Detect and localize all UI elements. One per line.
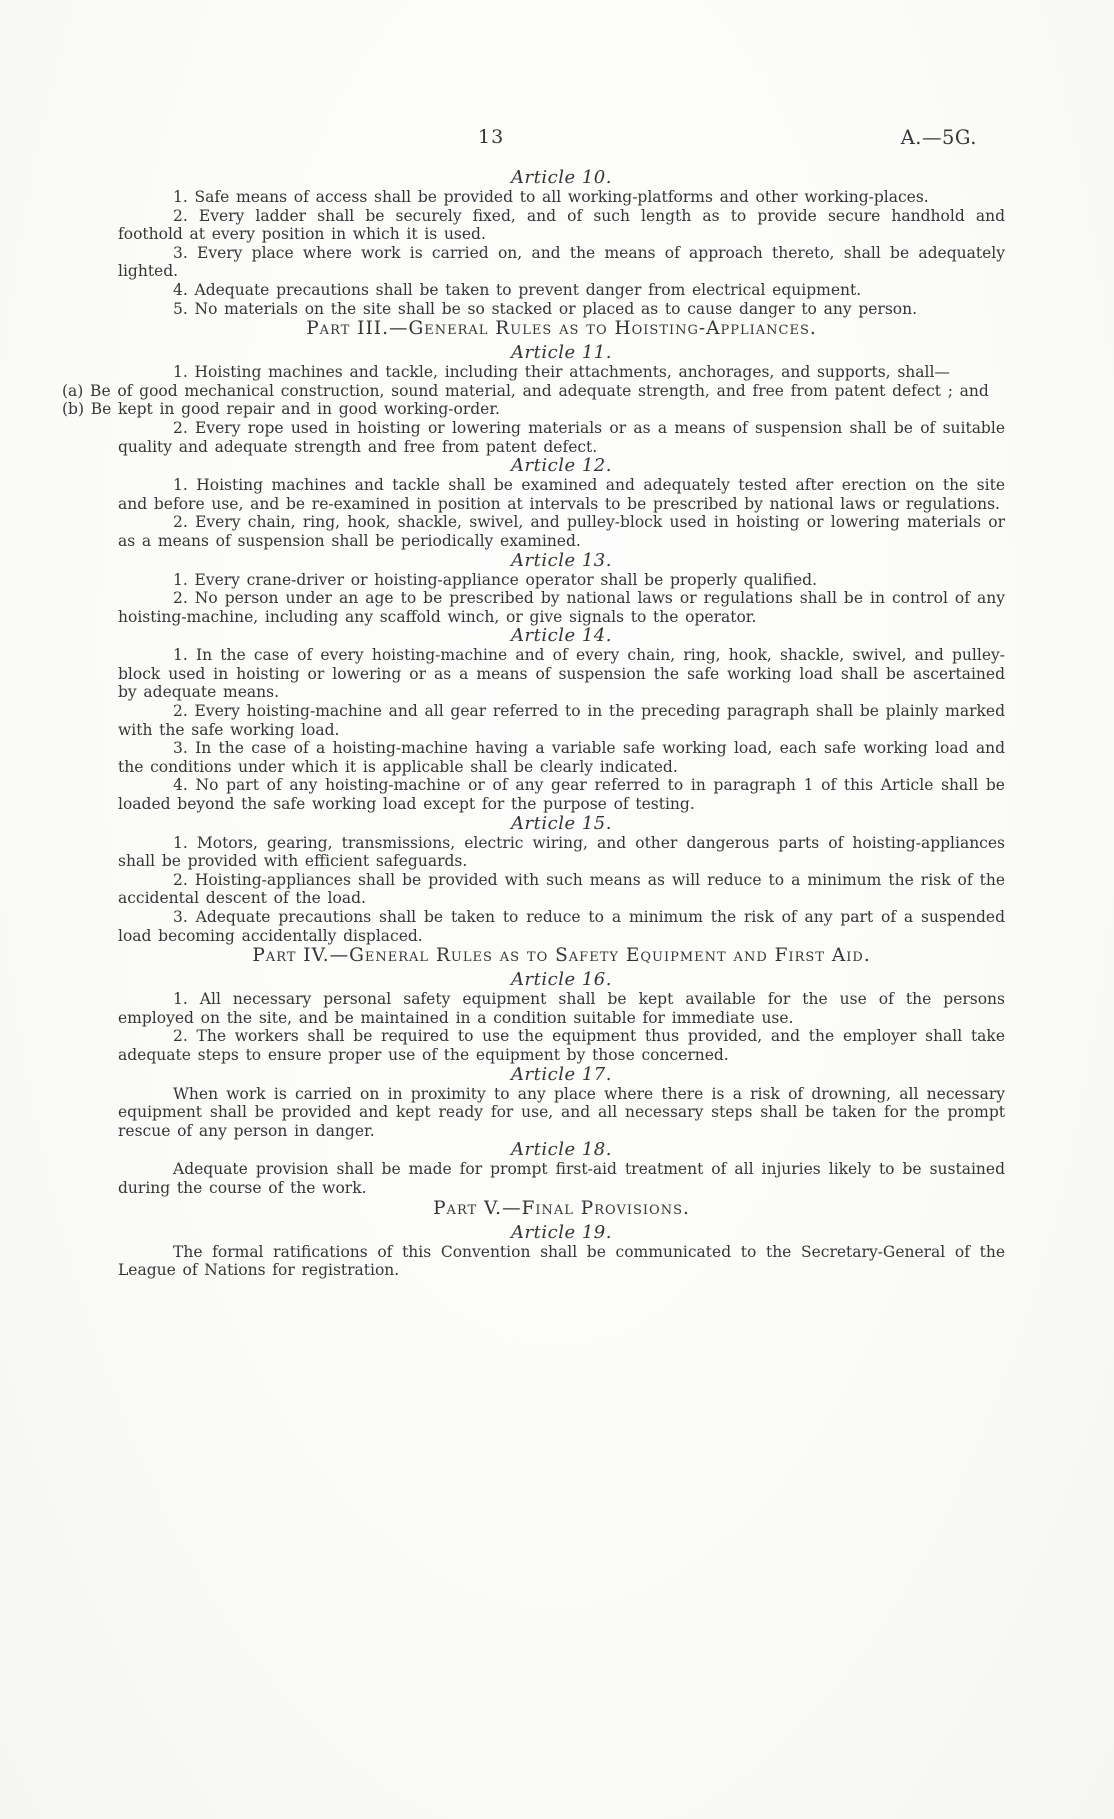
paragraph: 1. Every crane-driver or hoisting-applia… — [118, 571, 1005, 590]
paragraph: 2. Hoisting-appliances shall be provided… — [118, 871, 1005, 908]
paragraph: 2. The workers shall be required to use … — [118, 1027, 1005, 1064]
sub-paragraph: (a) Be of good mechanical construction, … — [118, 382, 1005, 401]
part-heading: Part V.—Final Provisions. — [118, 1198, 1005, 1219]
paragraph: 2. Every ladder shall be securely fixed,… — [118, 207, 1005, 244]
paragraph: 1. Hoisting machines and tackle, includi… — [118, 363, 1005, 382]
article-heading: Article 15. — [118, 814, 1005, 834]
paragraph: 4. No part of any hoisting-machine or of… — [118, 776, 1005, 813]
page-content: Article 10.1. Safe means of access shall… — [118, 168, 1005, 1280]
paragraph: The formal ratifications of this Convent… — [118, 1243, 1005, 1280]
paragraph: 2. Every rope used in hoisting or loweri… — [118, 419, 1005, 456]
article-heading: Article 13. — [118, 551, 1005, 571]
article-heading: Article 19. — [118, 1223, 1005, 1243]
article-heading: Article 18. — [118, 1140, 1005, 1160]
paragraph: 3. Adequate precautions shall be taken t… — [118, 908, 1005, 945]
page-number: 13 — [478, 126, 504, 148]
paragraph: 2. Every chain, ring, hook, shackle, swi… — [118, 513, 1005, 550]
article-heading: Article 11. — [118, 343, 1005, 363]
paragraph: Adequate provision shall be made for pro… — [118, 1160, 1005, 1197]
paragraph: 5. No materials on the site shall be so … — [118, 300, 1005, 319]
article-heading: Article 10. — [118, 168, 1005, 188]
paragraph: 1. Hoisting machines and tackle shall be… — [118, 476, 1005, 513]
sub-paragraph: (b) Be kept in good repair and in good w… — [118, 400, 1005, 419]
paragraph: 1. All necessary personal safety equipme… — [118, 990, 1005, 1027]
page-header: 13 A.—5G. — [118, 126, 1005, 152]
article-heading: Article 17. — [118, 1065, 1005, 1085]
part-heading: Part III.—General Rules as to Hoisting-A… — [118, 318, 1005, 339]
paragraph: 2. No person under an age to be prescrib… — [118, 589, 1005, 626]
article-heading: Article 12. — [118, 456, 1005, 476]
paragraph: 3. Every place where work is carried on,… — [118, 244, 1005, 281]
paragraph: 1. Motors, gearing, transmissions, elect… — [118, 834, 1005, 871]
paragraph: When work is carried on in proximity to … — [118, 1085, 1005, 1141]
paragraph: 3. In the case of a hoisting-machine hav… — [118, 739, 1005, 776]
document-page: 13 A.—5G. Article 10.1. Safe means of ac… — [0, 0, 1114, 1819]
paragraph: 1. Safe means of access shall be provide… — [118, 188, 1005, 207]
article-heading: Article 16. — [118, 970, 1005, 990]
paragraph: 1. In the case of every hoisting-machine… — [118, 646, 1005, 702]
paragraph: 2. Every hoisting-machine and all gear r… — [118, 702, 1005, 739]
article-heading: Article 14. — [118, 626, 1005, 646]
paragraph: 4. Adequate precautions shall be taken t… — [118, 281, 1005, 300]
part-heading: Part IV.—General Rules as to Safety Equi… — [118, 945, 1005, 966]
document-reference: A.—5G. — [901, 126, 977, 149]
